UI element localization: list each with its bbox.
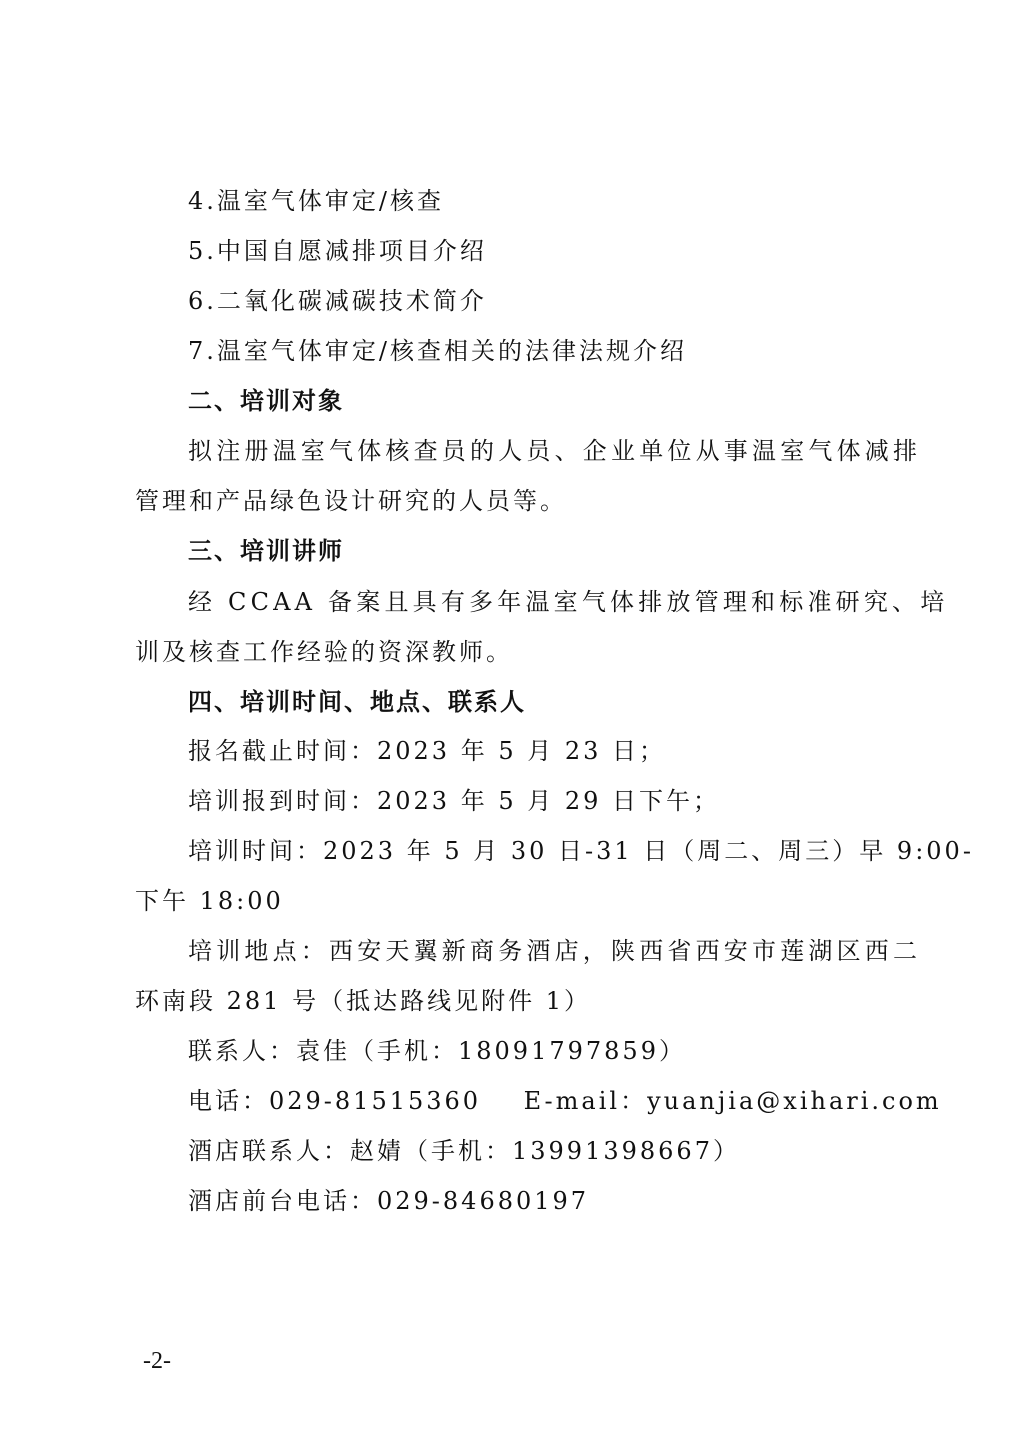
hotel-front-desk: 酒店前台电话：029-84680197 xyxy=(188,1186,589,1216)
document-page: 4.温室气体审定/核查 5.中国自愿减排项目介绍 6.二氧化碳减碳技术简介 7.… xyxy=(0,0,1024,1448)
training-location: 培训地点：西安天翼新商务酒店，陕西省西安市莲湖区西二 xyxy=(188,936,893,966)
registration-deadline: 报名截止时间：2023 年 5 月 23 日； xyxy=(188,736,666,766)
paragraph-line: 经 CCAA 备案且具有多年温室气体排放管理和标准研究、培 xyxy=(188,587,893,617)
hotel-contact: 酒店联系人：赵婧（手机：13991398667） xyxy=(188,1136,740,1166)
section-heading-instructors: 三、培训讲师 xyxy=(188,536,344,566)
check-in-time: 培训报到时间：2023 年 5 月 29 日下午； xyxy=(188,786,720,816)
list-item: 5.中国自愿减排项目介绍 xyxy=(188,236,487,266)
training-time-cont: 下午 18:00 xyxy=(135,886,284,916)
contact-person: 联系人：袁佳（手机：18091797859） xyxy=(188,1036,686,1066)
list-item: 7.温室气体审定/核查相关的法律法规介绍 xyxy=(188,336,687,366)
section-heading-schedule: 四、培训时间、地点、联系人 xyxy=(188,687,526,717)
list-item: 6.二氧化碳减碳技术简介 xyxy=(188,286,487,316)
paragraph-line: 训及核查工作经验的资深教师。 xyxy=(135,637,513,667)
paragraph-line: 管理和产品绿色设计研究的人员等。 xyxy=(135,486,567,516)
phone-email: 电话：029-81515360 E-mail：yuanjia@xihari.co… xyxy=(188,1086,942,1116)
list-item: 4.温室气体审定/核查 xyxy=(188,186,444,216)
training-time: 培训时间：2023 年 5 月 30 日-31 日（周二、周三）早 9:00- xyxy=(188,836,974,866)
page-number: -2- xyxy=(143,1348,171,1375)
section-heading-targets: 二、培训对象 xyxy=(188,386,344,416)
paragraph-line: 拟注册温室气体核查员的人员、企业单位从事温室气体减排 xyxy=(188,436,893,466)
training-location-cont: 环南段 281 号（抵达路线见附件 1） xyxy=(135,986,591,1016)
